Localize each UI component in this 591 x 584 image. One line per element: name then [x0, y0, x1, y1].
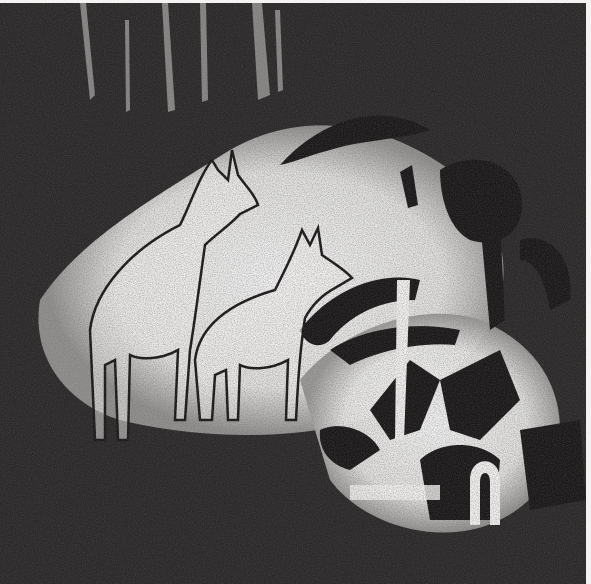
artwork-print [0, 0, 591, 584]
right-margin [586, 0, 591, 584]
grain-texture [0, 3, 586, 584]
top-margin [0, 0, 591, 3]
